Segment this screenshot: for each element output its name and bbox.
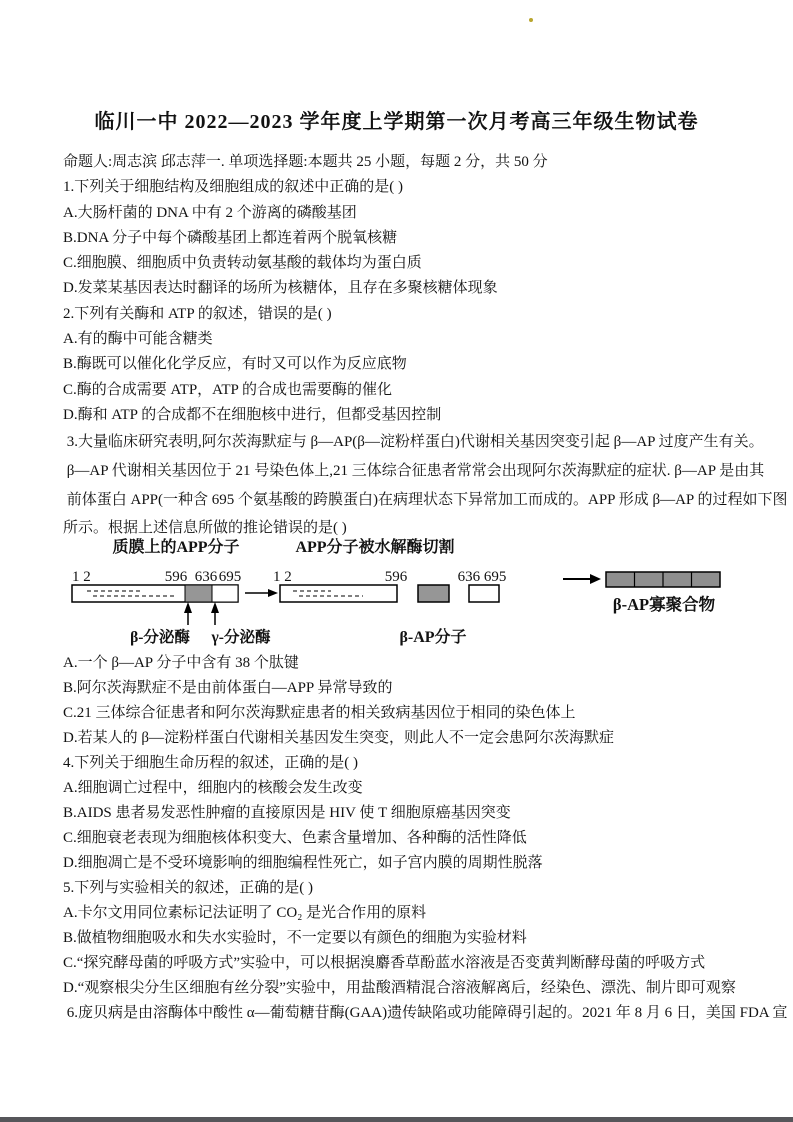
question-3-stem: 3.大量临床研究表明,阿尔茨海默症与 β—AP(β—淀粉样蛋白)代谢相关基因突变… (63, 428, 745, 543)
middle-diagram-title: APP分子被水解酶切割 (295, 537, 454, 556)
question-block-1-2: 命题人:周志滨 邱志萍一. 单项选择题:本题共 25 小题，每题 2 分，共 5… (63, 150, 745, 428)
q5-option-c: C.“探究酵母菌的呼吸方式”实验中，可以根据溴麝香草酚蓝水溶液是否变黄判断酵母菌… (63, 951, 745, 976)
q4-option-b: B.AIDS 患者易发恶性肿瘤的直接原因是 HIV 使 T 细胞原癌基因突变 (63, 801, 745, 826)
q3-option-b: B.阿尔茨海默症不是由前体蛋白—APP 异常导致的 (63, 676, 745, 701)
middle-tick-596: 596 (385, 569, 408, 585)
middle-tick-1-2: 1 2 (273, 569, 292, 585)
left-tick-1-2: 1 2 (72, 569, 91, 585)
gamma-secretase-arrowhead (211, 602, 219, 613)
question-6: 6.庞贝病是由溶酶体中酸性 α—葡萄糖苷酶(GAA)遗传缺陷或功能障碍引起的。2… (63, 1001, 745, 1026)
scan-artifact-dot (529, 18, 533, 22)
middle-tick-636-695: 636 695 (458, 569, 507, 585)
oligomer-label: β-AP寡聚合物 (613, 594, 716, 614)
question-block-3-6: A.一个 β—AP 分子中含有 38 个肽键 B.阿尔茨海默症不是由前体蛋白—A… (63, 651, 745, 1026)
q2-option-b: B.酶既可以催化化学反应，有时又可以作为反应底物 (63, 352, 745, 377)
cleavage-process-arrowhead (268, 589, 278, 597)
left-tick-695: 695 (219, 569, 242, 585)
bottom-border-bar (0, 1117, 793, 1122)
c-terminal-segment (212, 585, 238, 602)
beta-secretase-label: β-分泌酶 (130, 627, 190, 646)
q1-option-c: C.细胞膜、细胞质中负责转动氨基酸的载体均为蛋白质 (63, 251, 745, 276)
q2-option-c: C.酶的合成需要 ATP，ATP 的合成也需要酶的催化 (63, 378, 745, 403)
q4-option-d: D.细胞凋亡是不受环境影响的细胞编程性死亡，如子宫内膜的周期性脱落 (63, 851, 745, 876)
app-cleavage-diagram: 质膜上的APP分子 1 2 596 636 695 β-分泌酶 γ-分泌酶 AP… (63, 535, 743, 651)
question-5: 5.下列与实验相关的叙述，正确的是( ) (63, 876, 745, 901)
left-tick-596: 596 (165, 569, 188, 585)
q5-option-a: A.卡尔文用同位素标记法证明了 CO₂ 是光合作用的原料 (63, 901, 745, 926)
q2-option-d: D.酶和 ATP 的合成都不在细胞核中进行，但都受基因控制 (63, 403, 745, 428)
meta-line: 命题人:周志滨 邱志萍一. 单项选择题:本题共 25 小题，每题 2 分，共 5… (63, 150, 745, 175)
page-title: 临川一中 2022—2023 学年度上学期第一次月考高三年级生物试卷 (0, 105, 793, 134)
oligomerization-arrowhead (590, 574, 601, 584)
q3-option-c: C.21 三体综合征患者和阿尔茨海默症患者的相关致病基因位于相同的染色体上 (63, 701, 745, 726)
q4-option-a: A.细胞调亡过程中，细胞内的核酸会发生改变 (63, 776, 745, 801)
q5-option-d: D.“观察根尖分生区细胞有丝分裂”实验中，用盐酸酒精混合溶液解离后，经染色、漂洗… (63, 976, 745, 1001)
question-3-line-1: 3.大量临床研究表明,阿尔茨海默症与 β—AP(β—淀粉样蛋白)代谢相关基因突变… (63, 428, 745, 457)
left-tick-636: 636 (195, 569, 218, 585)
left-diagram-title: 质膜上的APP分子 (112, 537, 239, 556)
beta-ap-fragment (418, 585, 449, 602)
exam-page: 临川一中 2022—2023 学年度上学期第一次月考高三年级生物试卷 命题人:周… (0, 0, 793, 1122)
question-3-line-2: β—AP 代谢相关基因位于 21 号染色体上,21 三体综合征患者常常会出现阿尔… (63, 457, 745, 486)
q3-option-a: A.一个 β—AP 分子中含有 38 个肽键 (63, 651, 745, 676)
beta-ap-segment (185, 585, 212, 602)
question-1: 1.下列关于细胞结构及细胞组成的叙述中正确的是( ) (63, 175, 745, 200)
q1-option-d: D.发菜某基因表达时翻译的场所为核糖体，且存在多聚核糖体现象 (63, 276, 745, 301)
beta-secretase-arrowhead (184, 602, 192, 613)
n-terminal-fragment-bar (280, 585, 397, 602)
question-4: 4.下列关于细胞生命历程的叙述，正确的是( ) (63, 751, 745, 776)
q3-option-d: D.若某人的 β—淀粉样蛋白代谢相关基因发生突变，则此人不一定会患阿尔茨海默症 (63, 726, 745, 751)
question-2: 2.下列有关酶和 ATP 的叙述，错误的是( ) (63, 302, 745, 327)
q1-option-a: A.大肠杆菌的 DNA 中有 2 个游离的磷酸基团 (63, 201, 745, 226)
q2-option-a: A.有的酶中可能含糖类 (63, 327, 745, 352)
c-terminal-fragment (469, 585, 499, 602)
gamma-secretase-label: γ-分泌酶 (211, 627, 271, 646)
question-3-line-3: 前体蛋白 APP(一种含 695 个氨基酸的跨膜蛋白)在病理状态下异常加工而成的… (63, 486, 745, 515)
beta-ap-molecule-label: β-AP分子 (399, 627, 466, 646)
q1-option-b: B.DNA 分子中每个磷酸基团上都连着两个脱氧核糖 (63, 226, 745, 251)
q5-option-b: B.做植物细胞吸水和失水实验时，不一定要以有颜色的细胞为实验材料 (63, 926, 745, 951)
q4-option-c: C.细胞衰老表现为细胞核体积变大、色素含量增加、各种酶的活性降低 (63, 826, 745, 851)
